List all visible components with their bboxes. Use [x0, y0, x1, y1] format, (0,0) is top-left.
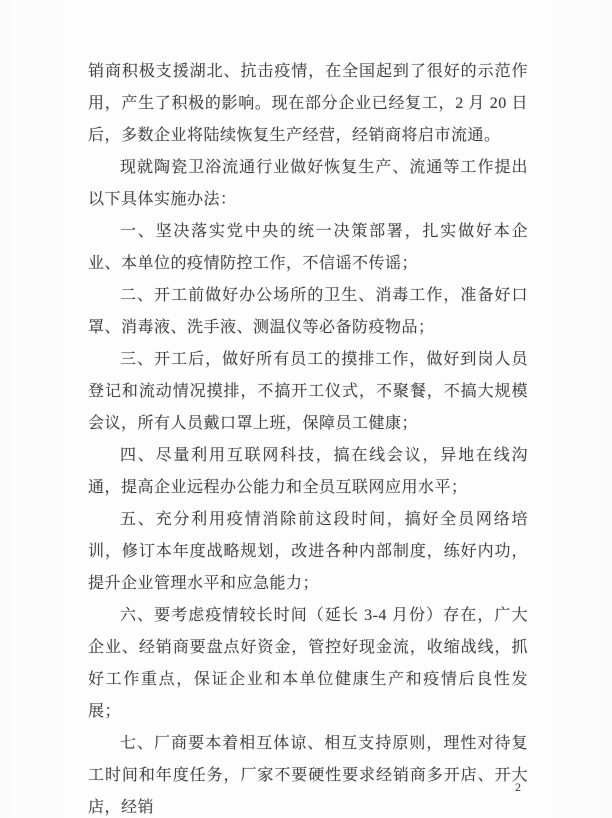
document-body: 销商积极支援湖北、抗击疫情，在全国起到了很好的示范作用，产生了积极的影响。现在部… — [88, 56, 528, 818]
paragraph: 六、要考虑疫情较长时间（延长 3-4 月份）存在，广大企业、经销商要盘点好资金，… — [88, 600, 528, 728]
paragraph: 七、厂商要本着相互体谅、相互支持原则，理性对待复工时间和年度任务，厂家不要硬性要… — [88, 728, 528, 818]
paragraph: 四、尽量利用互联网科技，搞在线会议，异地在线沟通，提高企业远程办公能力和全员互联… — [88, 440, 528, 504]
paragraph: 销商积极支援湖北、抗击疫情，在全国起到了很好的示范作用，产生了积极的影响。现在部… — [88, 56, 528, 152]
page-number: 2 — [508, 780, 528, 795]
paragraph: 二、开工前做好办公场所的卫生、消毒工作，准备好口罩、消毒液、洗手液、测温仪等必备… — [88, 280, 528, 344]
paragraph: 一、坚决落实党中央的统一决策部署，扎实做好本企业、本单位的疫情防控工作，不信谣不… — [88, 216, 528, 280]
document-page: 销商积极支援湖北、抗击疫情，在全国起到了很好的示范作用，产生了积极的影响。现在部… — [0, 0, 612, 818]
paragraph: 现就陶瓷卫浴流通行业做好恢复生产、流通等工作提出以下具体实施办法： — [88, 152, 528, 216]
paragraph: 三、开工后，做好所有员工的摸排工作，做好到岗人员登记和流动情况摸排，不搞开工仪式… — [88, 344, 528, 440]
paragraph: 五、充分利用疫情消除前这段时间，搞好全员网络培训，修订本年度战略规划，改进各种内… — [88, 504, 528, 600]
